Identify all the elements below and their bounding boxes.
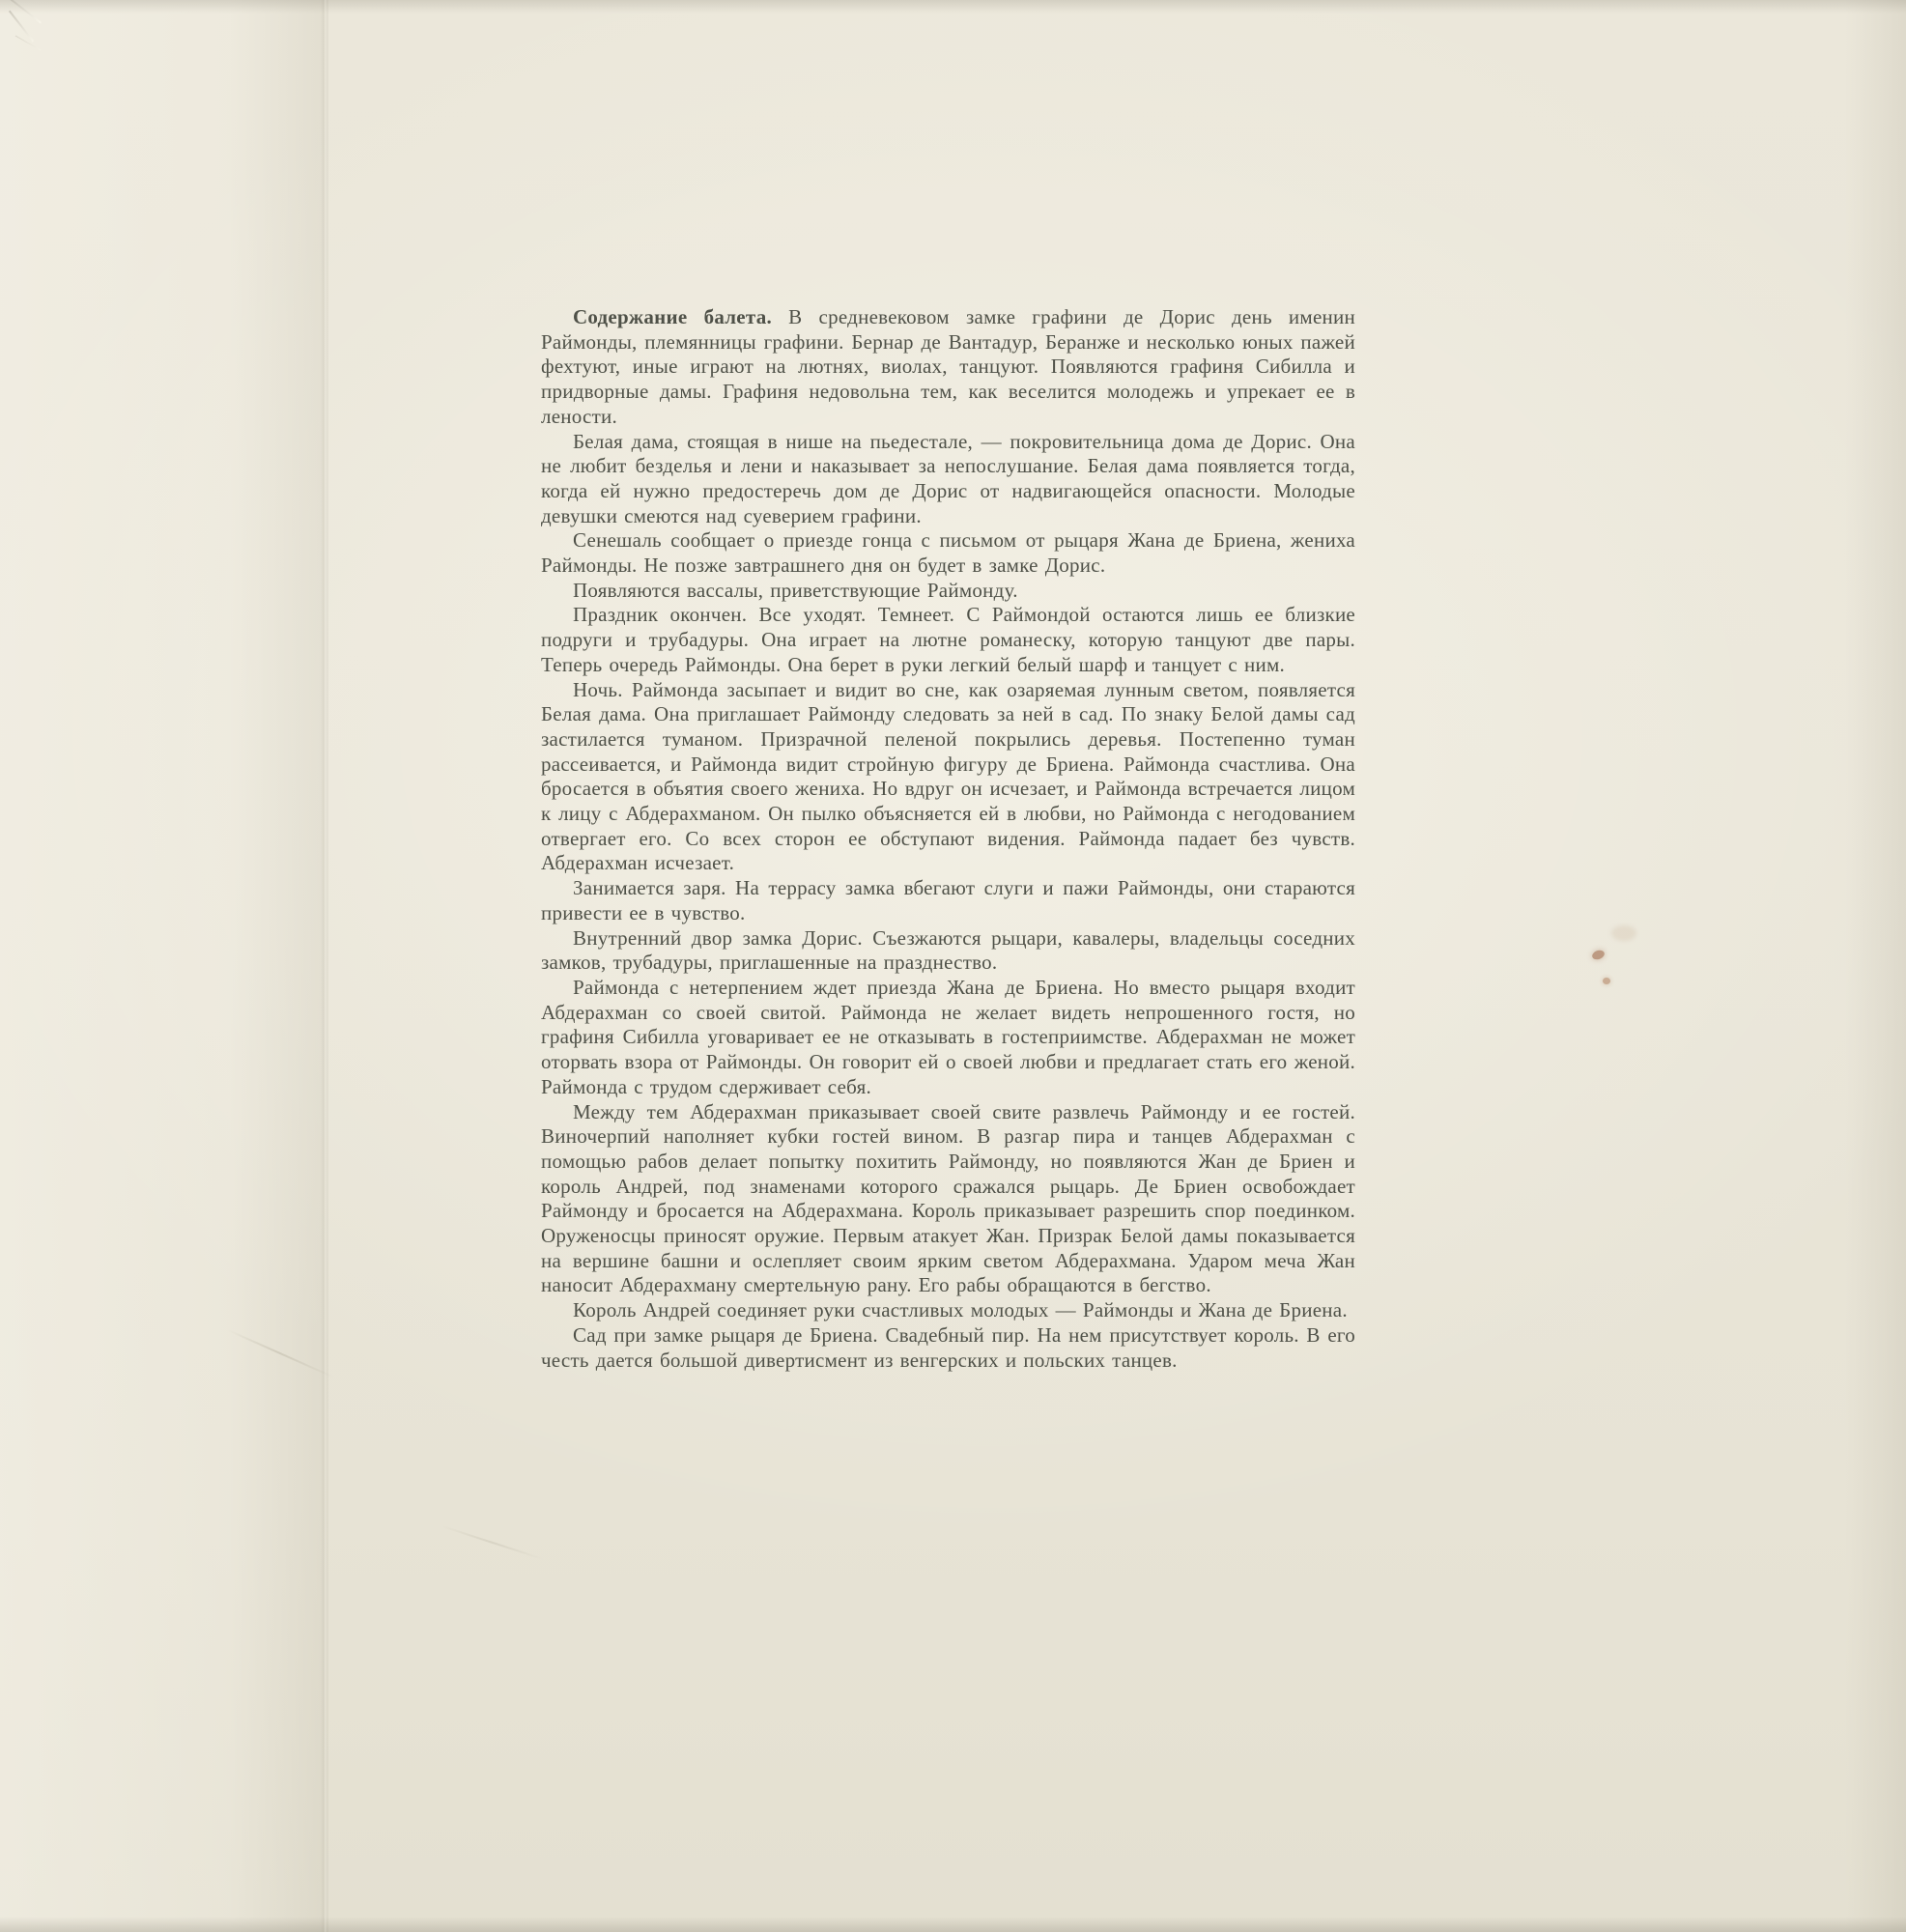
- paragraph: Занимается заря. На террасу замка вбегаю…: [541, 876, 1355, 925]
- page-left-edge-shading: [0, 0, 328, 1932]
- paragraph: Между тем Абдерахман приказывает своей с…: [541, 1100, 1355, 1299]
- paragraph: Раймонда с нетерпением ждет приезда Жана…: [541, 976, 1355, 1100]
- page-bottom-edge-shading: [0, 1917, 1906, 1932]
- paragraph: Внутренний двор замка Дорис. Съезжаются …: [541, 926, 1355, 976]
- foxing-stain: [1591, 949, 1606, 961]
- foxing-stain: [1603, 978, 1610, 984]
- paragraph: Король Андрей соединяет руки счастливых …: [541, 1298, 1355, 1323]
- paragraph: Ночь. Раймонда засыпает и видит во сне, …: [541, 678, 1355, 877]
- paragraph-bold-lead: Содержание балета.: [573, 305, 772, 328]
- paper-scratch: [441, 1525, 543, 1560]
- page-right-edge-shading: [1838, 0, 1906, 1932]
- scanned-book-page: Содержание балета. В средневековом замке…: [0, 0, 1906, 1932]
- foxing-stain: [1611, 925, 1636, 941]
- paragraph: Сад при замке рыцаря де Бриена. Свадебны…: [541, 1323, 1355, 1373]
- ballet-synopsis-text: Содержание балета. В средневековом замке…: [541, 305, 1355, 1373]
- paragraph: Появляются вассалы, приветствующие Раймо…: [541, 579, 1355, 604]
- paragraph: Праздник окончен. Все уходят. Темнеет. С…: [541, 603, 1355, 677]
- paragraph: Сенешаль сообщает о приезде гонца с пись…: [541, 528, 1355, 578]
- paragraph: Белая дама, стоящая в нише на пьедестале…: [541, 430, 1355, 529]
- page-fold-line: [321, 0, 327, 1932]
- page-top-edge-shading: [0, 0, 1906, 14]
- paragraph: Содержание балета. В средневековом замке…: [541, 305, 1355, 430]
